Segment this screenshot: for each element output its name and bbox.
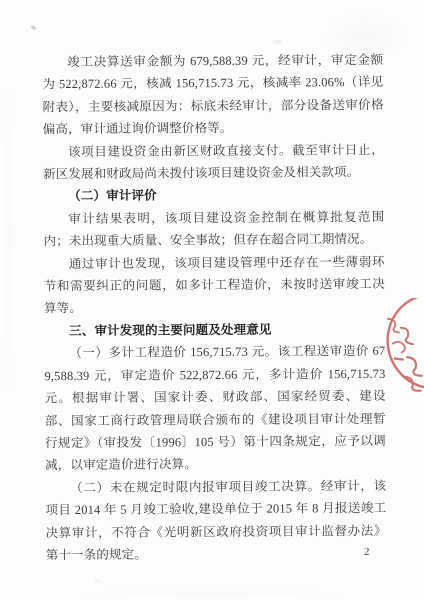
scanned-document-page: 竣工决算送审金额为 679,588.39 元，经审计，审定金额为 522,872… [0, 0, 424, 600]
scan-speck [272, 40, 282, 44]
seal-strokes [383, 298, 424, 399]
paragraph-funding-source: 该项目建设资金由新区财政直接支付。截至审计日止，新区发展和财政局尚未拨付该项目建… [43, 138, 384, 185]
scan-speck [31, 25, 37, 30]
section-heading-audit-evaluation: （二）审计评价 [43, 183, 384, 208]
paragraph-audit-results: 审计结果表明，该项目建设资金控制在概算批复范围内；未出现重大质量、安全事故；但存… [43, 206, 384, 253]
page-number: 2 [364, 546, 370, 558]
paragraph-problem-2-late-submission: （二）未在规定时限内报审项目竣工决算。经审计，该项目 2014 年 5 月竣工验… [45, 475, 387, 567]
scan-speck [94, 579, 101, 583]
red-seal-stamp-icon [383, 298, 424, 402]
paragraph-problem-1-overstated-cost: （一）多计工程造价 156,715.73 元。该工程送审造价 679,588.3… [44, 340, 386, 477]
paragraph-audit-amounts: 竣工决算送审金额为 679,588.39 元，经审计，审定金额为 522,872… [42, 49, 384, 141]
paragraph-weak-links: 通过审计也发现，该项目建设管理中还存在一些薄弱环节和需要纠正的问题，如多计工程造… [44, 250, 385, 320]
document-body: 竣工决算送审金额为 679,588.39 元，经审计，审定金额为 522,872… [42, 49, 387, 567]
section-heading-main-problems: 三、审计发现的主要问题及处理意见 [44, 318, 385, 343]
